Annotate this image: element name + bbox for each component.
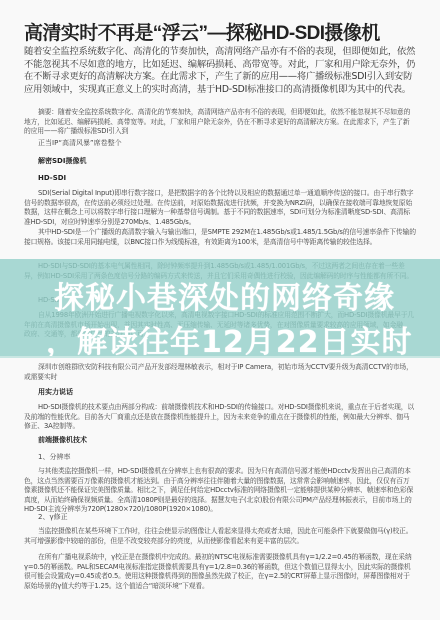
document-title: 高清实时不再是“浮云”—探秘HD-SDI摄像机 [24, 18, 380, 45]
banner-divider [0, 356, 440, 358]
overlay-banner: HD-SDI与SD-SDI的基本电气属性相同，除时钟频率提升到1.485Gb/s… [0, 259, 440, 358]
list-item-gamma: 2、γ修正 [38, 512, 68, 522]
document-page: 高清实时不再是“浮云”—探秘HD-SDI摄像机 随着安全监控系统数字化、高清化的… [0, 0, 440, 620]
resolution-paragraph: 与其他类监控摄像机一样，HD-SDI摄像机在分辨率上也有很高的要求。因为只有高清… [24, 467, 416, 515]
gamma-paragraph-block-1: 当监控摄像机在某些环境下工作时，往往会使显示的图像让人看起来显得太亮或者太暗，因… [24, 527, 416, 546]
section-heading-strength: 用实力说话 [38, 387, 73, 397]
intro-line: 正当IP“高清风暴”席卷整个 [38, 138, 122, 148]
shenzhen-paragraph-block: 深圳市创维群欣安防科技有限公司产品开发部经理林敏表示，相对于IP Camera，… [24, 363, 416, 382]
gamma-paragraph-block-2: 在所有广播电视系统中，γ校正是在摄像机中完成的。最初的NTSC电视标准需要摄像机… [24, 553, 416, 591]
sdi-paragraph-block: SDI(Serial Digital Input)即串行数字接口，是把数据字的各… [24, 189, 416, 227]
tech-paragraph-block: HD-SDI摄像机的技术要点由两部分构成：前端摄像机技术和HD-SDI的传输接口… [24, 403, 416, 432]
list-item-resolution: 1、分辨率 [38, 452, 70, 462]
intro-paragraph: 随着安全监控系统数字化、高清化的节奏加快，高清网络产品亦有不俗的表现，但即便如此… [24, 46, 416, 96]
section-heading-front-camera: 前端摄像机技术 [38, 435, 87, 445]
tech-points-paragraph: HD-SDI摄像机的技术要点由两部分构成：前端摄像机技术和HD-SDI的传输接口… [24, 403, 416, 432]
abstract-paragraph: 摘要：随着安全监控系统数字化、高清化的节奏加快，高清网络产品亦有不俗的表现，但即… [24, 108, 416, 137]
gamma-correction-paragraph: 当监控摄像机在某些环境下工作时，往往会使显示的图像让人看起来显得太亮或者太暗，因… [24, 527, 416, 546]
hdsdi-port-paragraph: 其中HD-SDI是一个广播级的高清数字输入与输出端口，是SMPTE 292M在1… [24, 228, 416, 247]
section-heading-decode-sdi: 解密SDI摄像机 [38, 156, 86, 166]
abstract-text: 摘要：随着安全监控系统数字化、高清化的节奏加快，高清网络产品亦有不俗的表现，但即… [24, 108, 416, 137]
banner-headline-line-2: ，解读往年12月22日实时 [46, 317, 413, 358]
sdi-definition-paragraph: SDI(Serial Digital Input)即串行数字接口，是把数据字的各… [24, 189, 416, 227]
shenzhen-quote-paragraph: 深圳市创维群欣安防科技有限公司产品开发部经理林敏表示，相对于IP Camera，… [24, 363, 416, 382]
section-heading-hd-sdi: HD-SDI [38, 174, 66, 182]
hdsdi-paragraph-block: 其中HD-SDI是一个广播级的高清数字输入与输出端口，是SMPTE 292M在1… [24, 228, 416, 247]
banner-headline-line-1: 探秘小巷深处的网络奇缘 [54, 273, 395, 317]
resolution-paragraph-block: 与其他类监控摄像机一样，HD-SDI摄像机在分辨率上也有很高的要求。因为只有高清… [24, 467, 416, 515]
gamma-broadcast-paragraph: 在所有广播电视系统中，γ校正是在摄像机中完成的。最初的NTSC电视标准需要摄像机… [24, 553, 416, 591]
